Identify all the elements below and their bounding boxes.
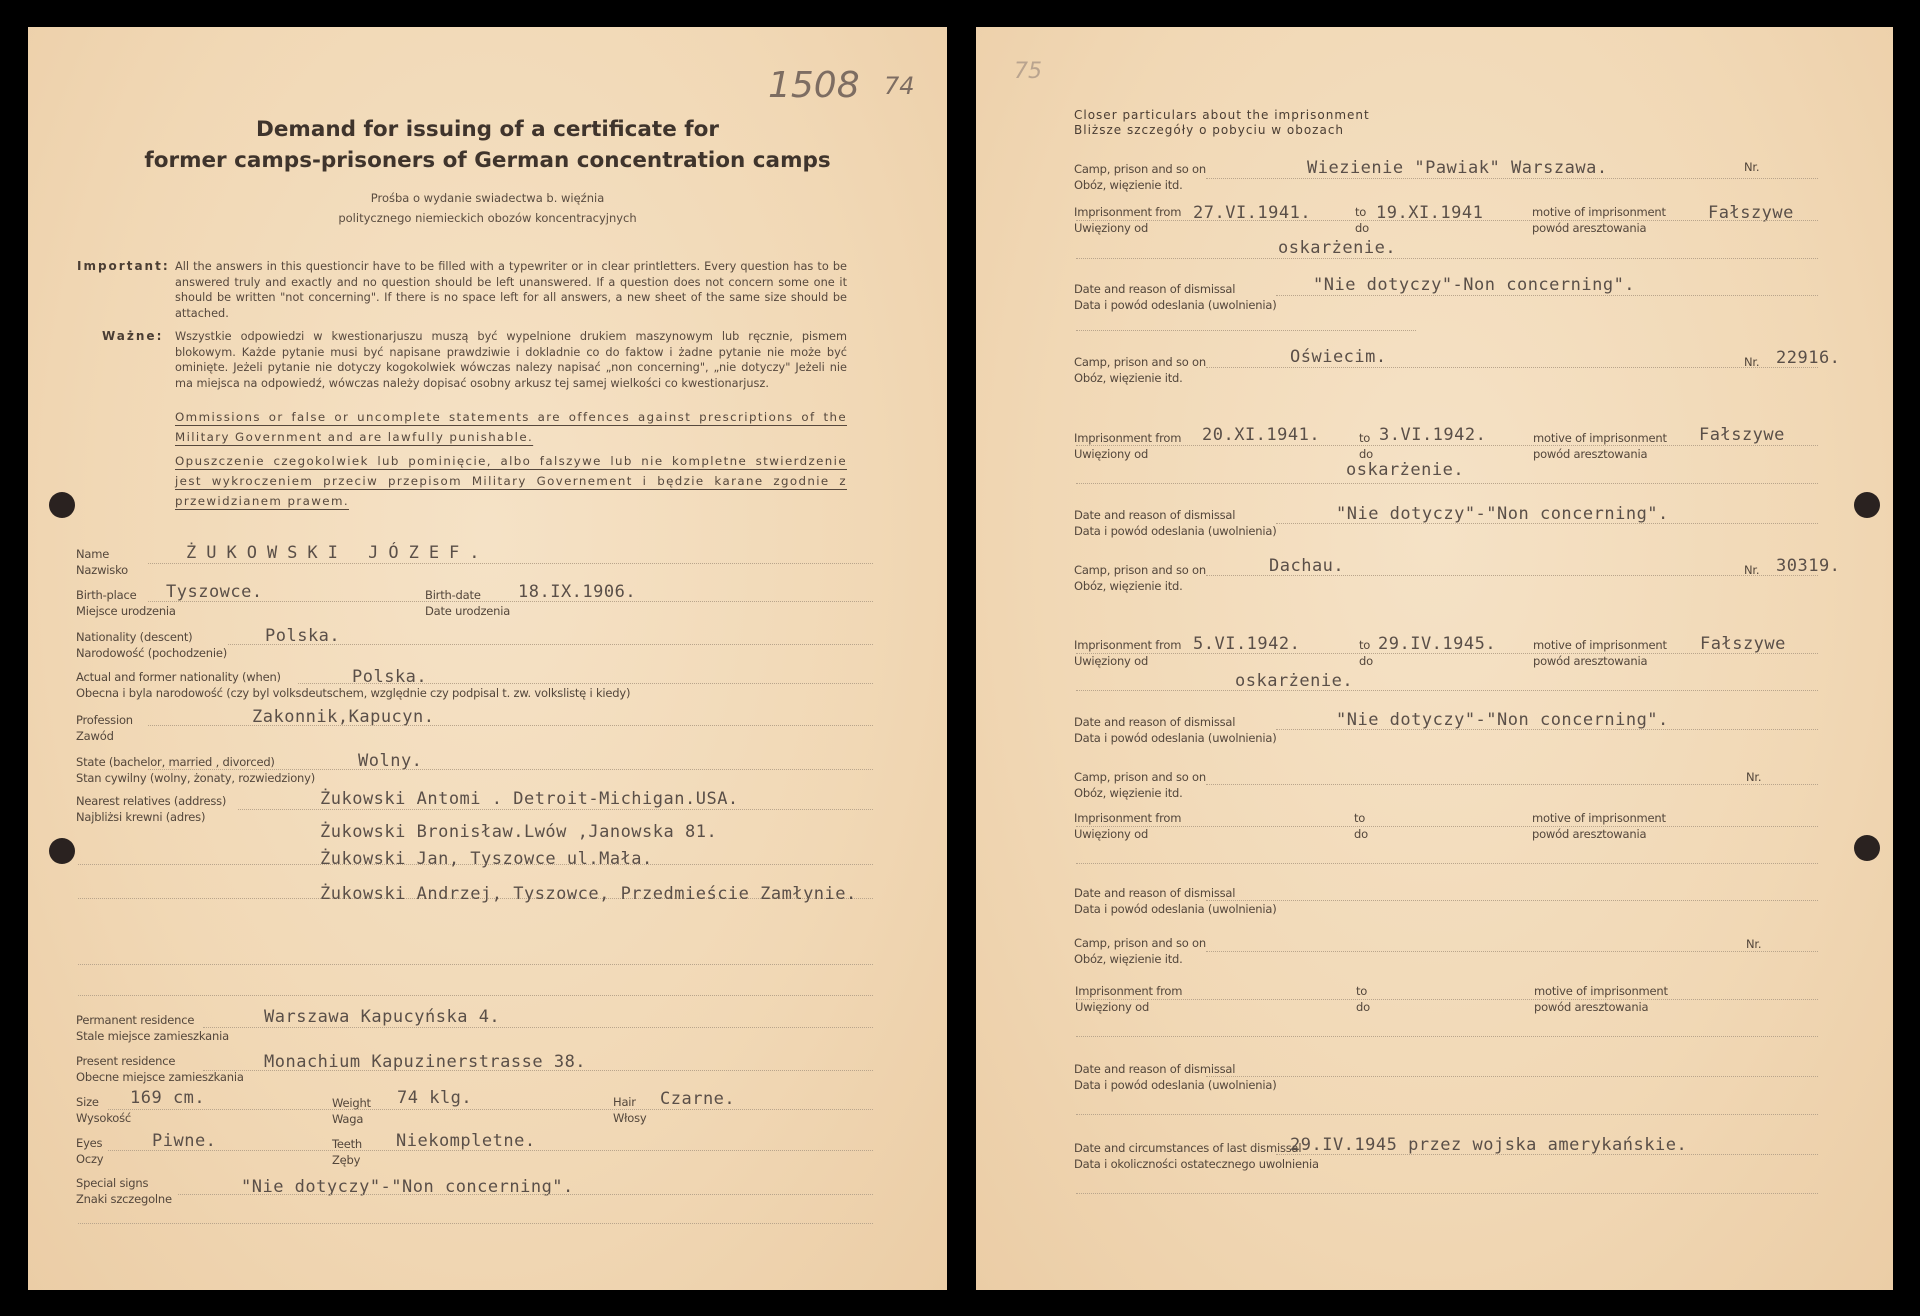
present-residence-value: Monachium Kapuzinerstrasse 38. bbox=[264, 1052, 586, 1072]
dismissal-line bbox=[1276, 295, 1818, 296]
motive-continued: oskarżenie. bbox=[1278, 238, 1396, 258]
form-title-line-1: Demand for issuing of a certificate for bbox=[28, 117, 947, 142]
nr-label: Nr. bbox=[1746, 769, 1761, 785]
camp-line bbox=[1206, 575, 1818, 576]
name-value: ŻUKOWSKI JÓZEF. bbox=[186, 543, 490, 563]
from-label: Imprisonment fromUwięziony od bbox=[1074, 430, 1181, 462]
important-label: Important: bbox=[77, 259, 170, 273]
dismissal-line bbox=[1276, 523, 1818, 524]
relatives-line bbox=[238, 809, 873, 810]
handwritten-page-number: 74 bbox=[884, 72, 915, 100]
warning-english: Ommissions or false or uncomplete statem… bbox=[175, 407, 847, 447]
motive-value: Fałszywe bbox=[1700, 634, 1786, 654]
warning-polish: Opuszczenie czegokolwiek lub pominięcie,… bbox=[175, 451, 847, 511]
wazne-instructions: Wszystkie odpowiedzi w kwestionarjuszu m… bbox=[175, 329, 847, 391]
dismissal-line bbox=[1076, 1114, 1818, 1115]
dismissal-label: Date and reason of dismissalData i powód… bbox=[1074, 1061, 1277, 1093]
dismissal-line bbox=[1076, 330, 1416, 331]
motive-continued: oskarżenie. bbox=[1346, 460, 1464, 480]
left-page-form: 1508 74 Demand for issuing of a certific… bbox=[28, 27, 947, 1290]
profession-value: Zakonnik,Kapucyn. bbox=[252, 707, 435, 727]
camp-label: Camp, prison and so onObóz, więzienie it… bbox=[1074, 354, 1206, 386]
present-residence-line bbox=[203, 1070, 873, 1071]
camp-line bbox=[1206, 784, 1818, 785]
to-label: todo bbox=[1359, 430, 1373, 462]
camp-label: Camp, prison and so onObóz, więzienie it… bbox=[1074, 769, 1206, 801]
motive-line bbox=[1076, 483, 1818, 484]
profession-label: ProfessionZawód bbox=[76, 712, 133, 744]
civil-state-value: Wolny. bbox=[358, 751, 422, 771]
dismissal-value: "Nie dotyczy"-Non concerning". bbox=[1313, 275, 1635, 295]
from-line bbox=[1076, 220, 1818, 221]
punch-hole bbox=[1854, 492, 1880, 518]
nationality-value: Polska. bbox=[265, 626, 340, 646]
civil-state-label: State (bachelor, married , divorced)Stan… bbox=[76, 754, 315, 786]
profession-line bbox=[148, 725, 873, 726]
motive-line bbox=[1076, 1036, 1818, 1037]
eyes-label: EyesOczy bbox=[76, 1135, 103, 1167]
hair-value: Czarne. bbox=[660, 1089, 735, 1109]
teeth-label: TeethZęby bbox=[332, 1136, 362, 1168]
birth-line bbox=[148, 601, 873, 602]
nr-label: Nr. bbox=[1746, 936, 1761, 952]
nationality-label: Nationality (descent)Narodowość (pochodz… bbox=[76, 629, 227, 661]
birth-place-value: Tyszowce. bbox=[166, 582, 263, 602]
motive-value: Fałszywe bbox=[1699, 425, 1785, 445]
permanent-residence-value: Warszawa Kapucyńska 4. bbox=[264, 1007, 500, 1027]
last-dismissal-line bbox=[1076, 1193, 1818, 1194]
imprisonment-header-en: Closer particulars about the imprisonmen… bbox=[1074, 107, 1370, 123]
relative-1: Żukowski Antomi . Detroit-Michigan.USA. bbox=[320, 789, 739, 809]
size-label: SizeWysokość bbox=[76, 1094, 131, 1126]
last-dismissal-value: 29.IV.1945 przez wojska amerykańskie. bbox=[1290, 1135, 1687, 1155]
weight-value: 74 klg. bbox=[397, 1088, 472, 1108]
camp-label: Camp, prison and so onObóz, więzienie it… bbox=[1074, 562, 1206, 594]
birth-date-value: 18.IX.1906. bbox=[518, 582, 636, 602]
to-value: 29.IV.1945. bbox=[1378, 634, 1496, 654]
from-line bbox=[1076, 999, 1818, 1000]
dismissal-label: Date and reason of dismissalData i powód… bbox=[1074, 507, 1277, 539]
weight-label: WeightWaga bbox=[332, 1095, 371, 1127]
nationality-line bbox=[228, 644, 873, 645]
dismissal-label: Date and reason of dismissalData i powód… bbox=[1074, 281, 1277, 313]
wazne-label: Ważne: bbox=[102, 329, 163, 343]
dismissal-line bbox=[1276, 729, 1818, 730]
birth-place-label: Birth-placeMiejsce urodzenia bbox=[76, 587, 176, 619]
actual-nationality-value: Polska. bbox=[352, 667, 427, 687]
last-dismissal-line bbox=[1276, 1154, 1818, 1155]
dismissal-line bbox=[1206, 1076, 1818, 1077]
name-line bbox=[148, 563, 873, 564]
civil-state-line bbox=[148, 769, 873, 770]
handwritten-page-number: 75 bbox=[1014, 59, 1042, 84]
teeth-value: Niekompletne. bbox=[396, 1131, 536, 1151]
to-value: 3.VI.1942. bbox=[1379, 425, 1486, 445]
dismissal-line bbox=[1206, 900, 1818, 901]
imprisonment-header-pl: Bliższe szczegóły o pobyciu w obozach bbox=[1074, 122, 1344, 138]
camp-label: Camp, prison and so onObóz, więzienie it… bbox=[1074, 935, 1206, 967]
nr-value: 22916. bbox=[1776, 348, 1840, 368]
right-page-form: 75 Closer particulars about the imprison… bbox=[976, 27, 1893, 1290]
nr-value: 30319. bbox=[1776, 556, 1840, 576]
from-line bbox=[1076, 653, 1818, 654]
dismissal-value: "Nie dotyczy"-"Non concerning". bbox=[1336, 504, 1669, 524]
last-dismissal-label: Date and circumstances of last dismissal… bbox=[1074, 1140, 1319, 1172]
present-residence-label: Present residenceObecne miejsce zamieszk… bbox=[76, 1053, 244, 1085]
camp-label: Camp, prison and so onObóz, więzienie it… bbox=[1074, 161, 1206, 193]
dismissal-label: Date and reason of dismissalData i powód… bbox=[1074, 714, 1277, 746]
hair-label: HairWłosy bbox=[613, 1094, 646, 1126]
important-instructions: All the answers in this questioncir have… bbox=[175, 259, 847, 321]
eyes-value: Piwne. bbox=[152, 1131, 216, 1151]
from-line bbox=[1076, 826, 1818, 827]
special-signs-label: Special signsZnaki szczegolne bbox=[76, 1175, 172, 1207]
motive-label: motive of imprisonmentpowód aresztowania bbox=[1533, 430, 1667, 462]
punch-hole bbox=[49, 492, 75, 518]
camp-line bbox=[1206, 951, 1818, 952]
from-value: 20.XI.1941. bbox=[1202, 425, 1320, 445]
form-subtitle-line-2: politycznego niemieckich obozów koncentr… bbox=[28, 211, 947, 225]
relative-4: Żukowski Andrzej, Tyszowce, Przedmieście… bbox=[320, 884, 857, 904]
relatives-line bbox=[78, 995, 873, 996]
punch-hole bbox=[49, 838, 75, 864]
size-line bbox=[108, 1109, 873, 1110]
relative-3: Żukowski Jan, Tyszowce ul.Mała. bbox=[320, 849, 653, 869]
camp-line bbox=[1206, 367, 1818, 368]
permanent-residence-label: Permanent residenceStale miejsce zamiesz… bbox=[76, 1012, 229, 1044]
name-label: NameNazwisko bbox=[76, 546, 128, 578]
camp-value: Wiezienie "Pawiak" Warszawa. bbox=[1307, 158, 1608, 178]
motive-line bbox=[1076, 863, 1818, 864]
relative-2: Żukowski Bronisław.Lwów ,Janowska 81. bbox=[320, 822, 717, 842]
motive-line bbox=[1076, 690, 1818, 691]
size-value: 169 cm. bbox=[130, 1088, 205, 1108]
special-signs-line bbox=[178, 1194, 873, 1195]
dismissal-label: Date and reason of dismissalData i powód… bbox=[1074, 885, 1277, 917]
handwritten-file-number: 1508 bbox=[768, 65, 860, 106]
camp-value: Dachau. bbox=[1269, 556, 1344, 576]
relatives-line bbox=[78, 964, 873, 965]
motive-line bbox=[1076, 258, 1818, 259]
camp-line bbox=[1206, 178, 1818, 179]
birth-date-label: Birth-dateDate urodzenia bbox=[425, 587, 510, 619]
punch-hole bbox=[1854, 835, 1880, 861]
motive-continued: oskarżenie. bbox=[1235, 671, 1353, 691]
form-title-line-2: former camps-prisoners of German concent… bbox=[28, 148, 947, 173]
camp-value: Oświecim. bbox=[1290, 347, 1387, 367]
from-line bbox=[1076, 445, 1818, 446]
from-value: 5.VI.1942. bbox=[1193, 634, 1300, 654]
relatives-label: Nearest relatives (address)Najbliżsi kre… bbox=[76, 793, 226, 825]
eyes-line bbox=[108, 1150, 873, 1151]
nr-label: Nr. bbox=[1744, 159, 1759, 175]
dismissal-value: "Nie dotyczy"-"Non concerning". bbox=[1336, 710, 1669, 730]
actual-nationality-line bbox=[298, 683, 873, 684]
form-subtitle-line-1: Prośba o wydanie swiadectwa b. więźnia bbox=[28, 191, 947, 205]
special-signs-line bbox=[78, 1223, 873, 1224]
permanent-residence-line bbox=[203, 1027, 873, 1028]
